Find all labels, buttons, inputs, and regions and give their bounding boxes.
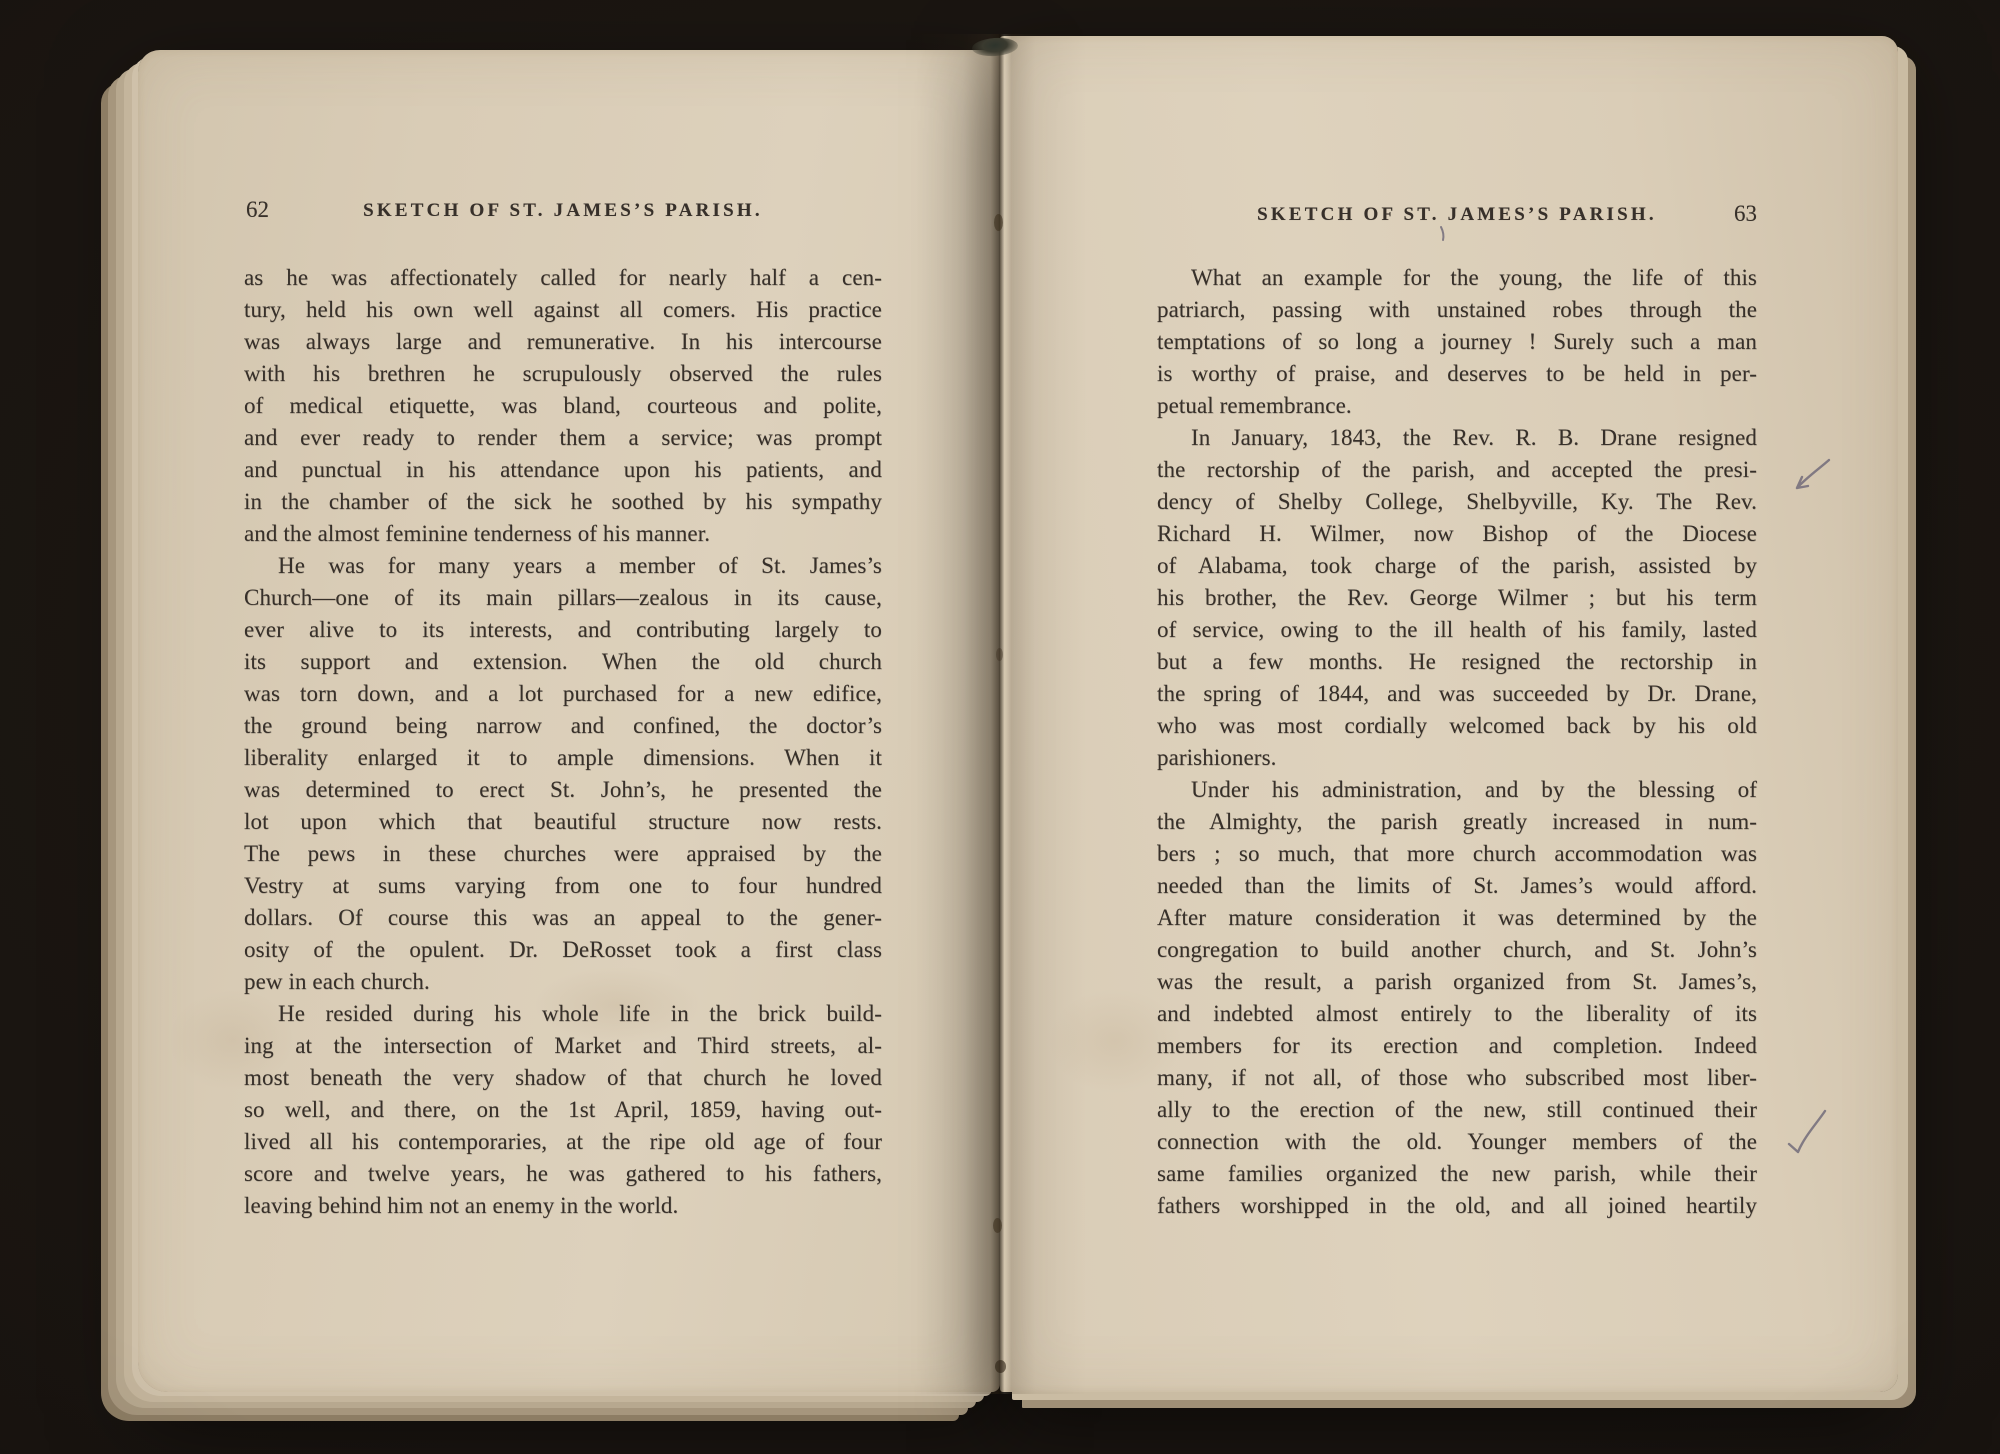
- text-line: lived all his contemporaries, at the rip…: [244, 1126, 882, 1158]
- text-line: in the chamber of the sick he soothed by…: [244, 486, 882, 518]
- text-line: congregation to build another church, an…: [1157, 934, 1757, 966]
- text-line: and punctual in his attendance upon his …: [244, 454, 882, 486]
- right-running-title: SKETCH OF ST. JAMES’S PARISH.: [1157, 204, 1757, 226]
- text-line: In January, 1843, the Rev. R. B. Drane r…: [1157, 422, 1757, 454]
- text-line: He resided during his whole life in the …: [244, 998, 882, 1030]
- text-line: the spring of 1844, and was succeeded by…: [1157, 678, 1757, 710]
- text-line: dency of Shelby College, Shelbyville, Ky…: [1157, 486, 1757, 518]
- text-line: of Alabama, took charge of the parish, a…: [1157, 550, 1757, 582]
- text-line: tury, held his own well against all come…: [244, 294, 882, 326]
- binding-stitch-hole: [996, 648, 1003, 661]
- text-line: pew in each church.: [244, 966, 882, 998]
- text-line: of service, owing to the ill health of h…: [1157, 614, 1757, 646]
- text-line: Richard H. Wilmer, now Bishop of the Dio…: [1157, 518, 1757, 550]
- text-line: Church—one of its main pillars—zealous i…: [244, 582, 882, 614]
- text-line: the ground being narrow and confined, th…: [244, 710, 882, 742]
- left-page-header: 62 SKETCH OF ST. JAMES’S PARISH.: [244, 200, 882, 230]
- text-line: was always large and remunerative. In hi…: [244, 326, 882, 358]
- text-line: patriarch, passing with unstained robes …: [1157, 294, 1757, 326]
- text-line: fathers worshipped in the old, and all j…: [1157, 1190, 1757, 1222]
- text-line: ing at the intersection of Market and Th…: [244, 1030, 882, 1062]
- text-line: was determined to erect St. John’s, he p…: [244, 774, 882, 806]
- text-line: After mature consideration it was determ…: [1157, 902, 1757, 934]
- left-page: 62 SKETCH OF ST. JAMES’S PARISH. as he w…: [138, 50, 1000, 1392]
- text-line: needed than the limits of St. James’s wo…: [1157, 870, 1757, 902]
- right-page-number: 63: [1734, 201, 1757, 227]
- text-line: and the almost feminine tenderness of hi…: [244, 518, 882, 550]
- text-line: score and twelve years, he was gathered …: [244, 1158, 882, 1190]
- text-line: his brother, the Rev. George Wilmer ; bu…: [1157, 582, 1757, 614]
- left-running-title: SKETCH OF ST. JAMES’S PARISH.: [244, 200, 882, 222]
- text-line: He was for many years a member of St. Ja…: [244, 550, 882, 582]
- text-line: same families organized the new parish, …: [1157, 1158, 1757, 1190]
- text-line: connection with the old. Younger members…: [1157, 1126, 1757, 1158]
- right-page-header: SKETCH OF ST. JAMES’S PARISH. 63: [1157, 204, 1757, 234]
- text-line: The pews in these churches were appraise…: [244, 838, 882, 870]
- text-line: Vestry at sums varying from one to four …: [244, 870, 882, 902]
- text-line: the Almighty, the parish greatly increas…: [1157, 806, 1757, 838]
- text-line: liberality enlarged it to ample dimensio…: [244, 742, 882, 774]
- text-line: many, if not all, of those who subscribe…: [1157, 1062, 1757, 1094]
- text-line: is worthy of praise, and deserves to be …: [1157, 358, 1757, 390]
- text-line: and ever ready to render them a service;…: [244, 422, 882, 454]
- text-line: temptations of so long a journey ! Surel…: [1157, 326, 1757, 358]
- text-line: What an example for the young, the life …: [1157, 262, 1757, 294]
- text-line: the rectorship of the parish, and accept…: [1157, 454, 1757, 486]
- text-line: but a few months. He resigned the rector…: [1157, 646, 1757, 678]
- text-line: osity of the opulent. Dr. DeRosset took …: [244, 934, 882, 966]
- text-line: with his brethren he scrupulously observ…: [244, 358, 882, 390]
- right-page: SKETCH OF ST. JAMES’S PARISH. 63 What an…: [1000, 36, 1898, 1392]
- text-line: so well, and there, on the 1st April, 18…: [244, 1094, 882, 1126]
- text-line: was torn down, and a lot purchased for a…: [244, 678, 882, 710]
- text-line: its support and extension. When the old …: [244, 646, 882, 678]
- text-line: leaving behind him not an enemy in the w…: [244, 1190, 882, 1222]
- right-page-body-text: What an example for the young, the life …: [1157, 262, 1757, 1222]
- text-line: of medical etiquette, was bland, courteo…: [244, 390, 882, 422]
- binding-stitch-hole: [993, 1218, 1002, 1233]
- text-line: was the result, a parish organized from …: [1157, 966, 1757, 998]
- text-line: who was most cordially welcomed back by …: [1157, 710, 1757, 742]
- left-page-body-text: as he was affectionately called for near…: [244, 262, 882, 1222]
- text-line: ally to the erection of the new, still c…: [1157, 1094, 1757, 1126]
- book-scan-photo: 62 SKETCH OF ST. JAMES’S PARISH. as he w…: [0, 0, 2000, 1454]
- text-line: most beneath the very shadow of that chu…: [244, 1062, 882, 1094]
- text-line: bers ; so much, that more church accommo…: [1157, 838, 1757, 870]
- text-line: and indebted almost entirely to the libe…: [1157, 998, 1757, 1030]
- binding-stitch-hole: [994, 214, 1003, 231]
- text-line: ever alive to its interests, and contrib…: [244, 614, 882, 646]
- text-line: parishioners.: [1157, 742, 1757, 774]
- text-line: petual remembrance.: [1157, 390, 1757, 422]
- text-line: Under his administration, and by the ble…: [1157, 774, 1757, 806]
- binding-stitch-hole: [995, 1360, 1006, 1373]
- text-line: dollars. Of course this was an appeal to…: [244, 902, 882, 934]
- text-line: lot upon which that beautiful structure …: [244, 806, 882, 838]
- text-line: as he was affectionately called for near…: [244, 262, 882, 294]
- text-line: members for its erection and completion.…: [1157, 1030, 1757, 1062]
